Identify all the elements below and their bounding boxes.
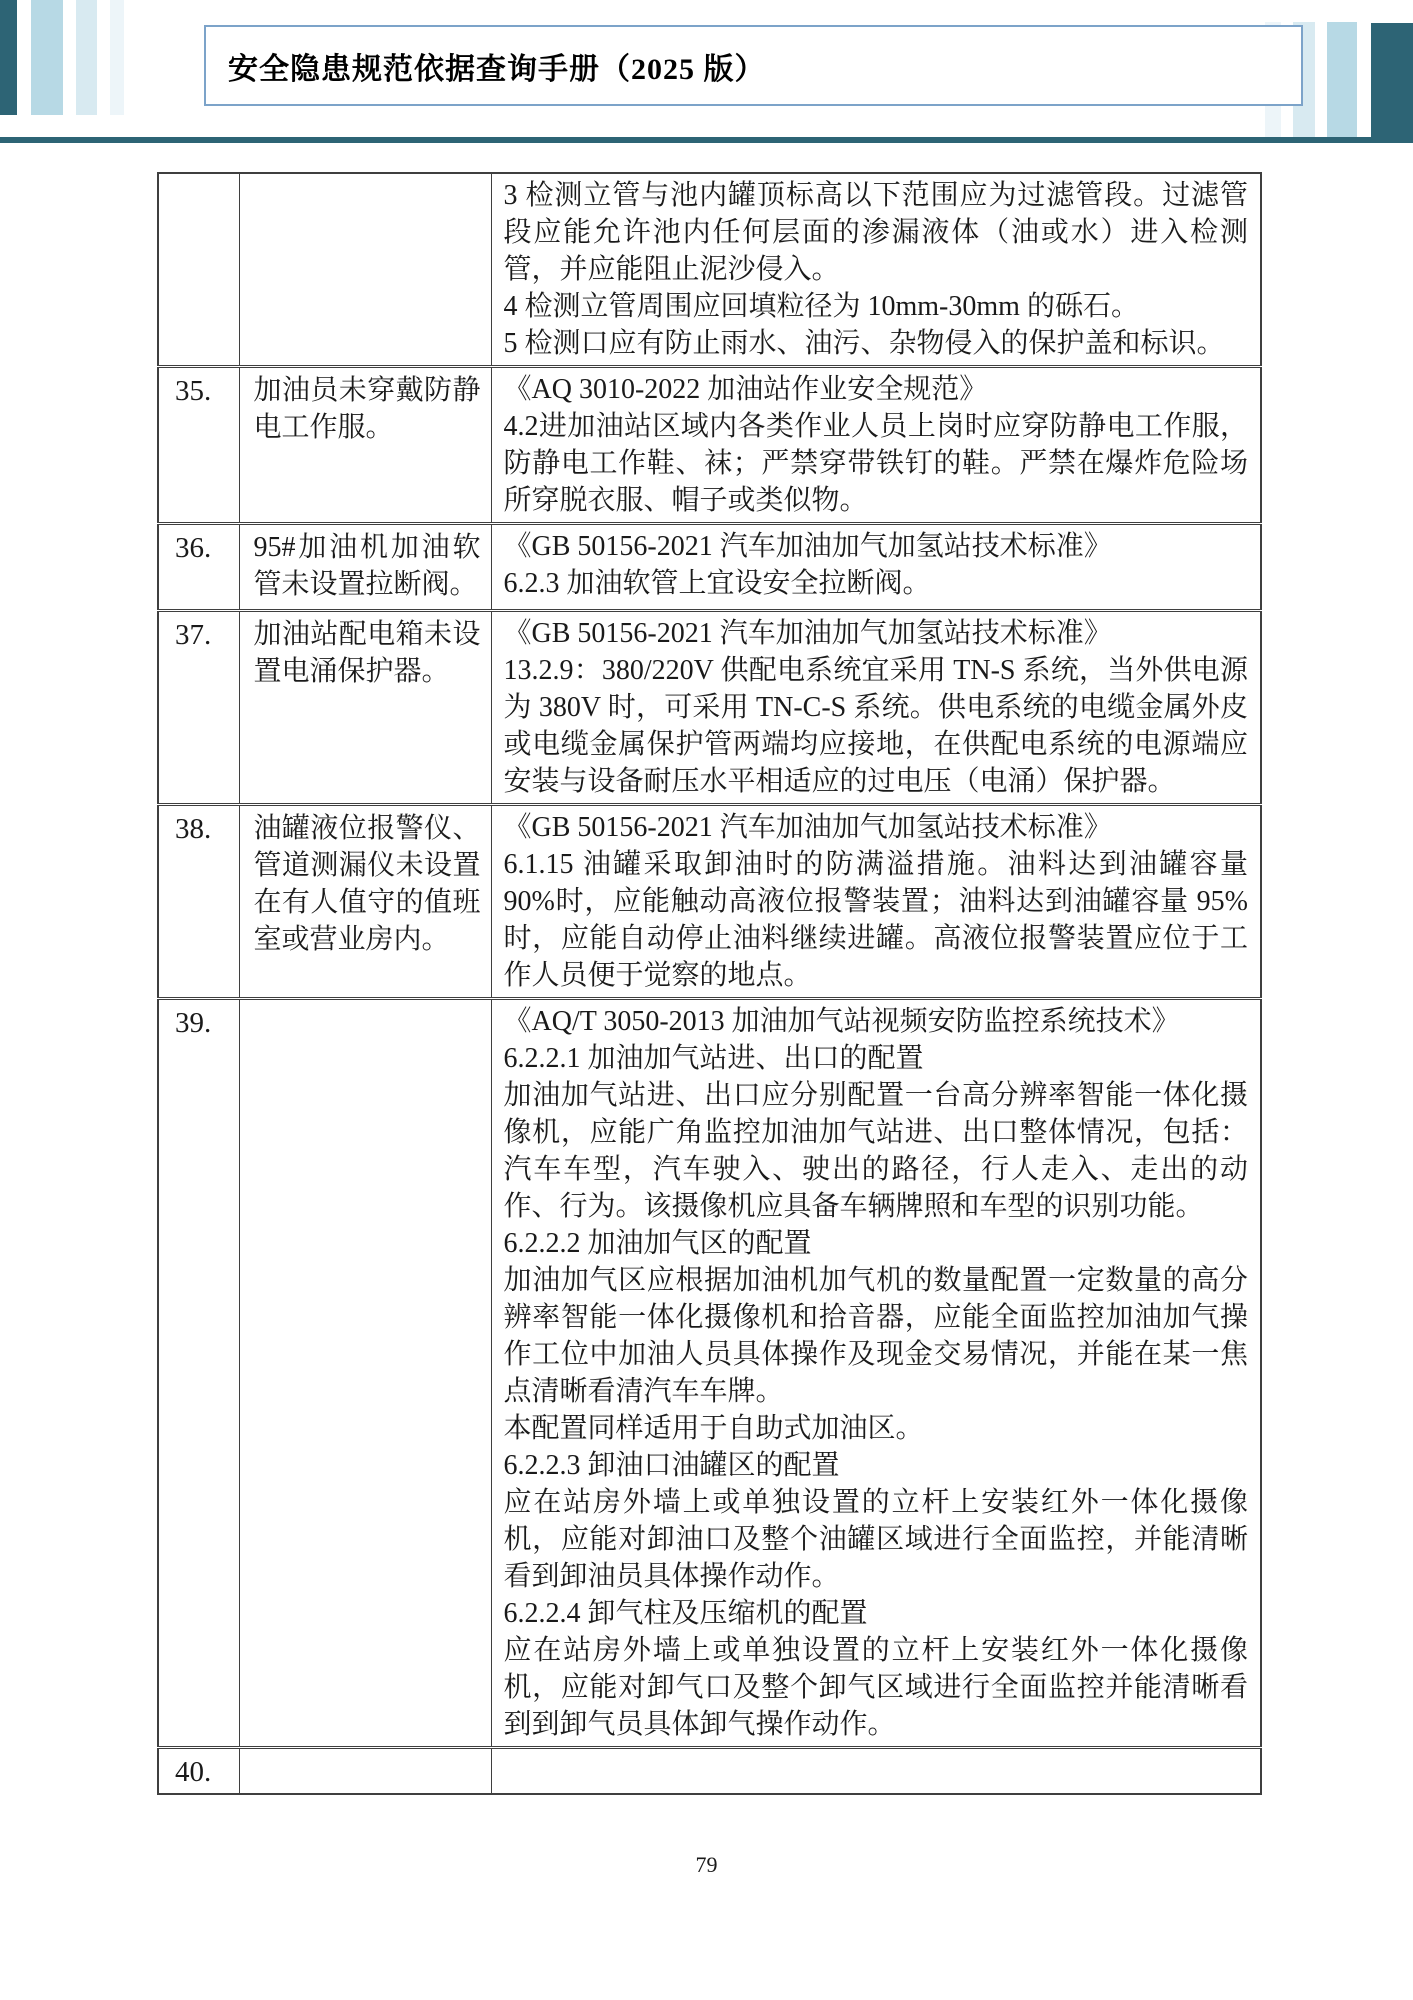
row-number-cell: 39. (158, 999, 239, 1748)
row-number-cell: 38. (158, 805, 239, 999)
clause-text: 5 检测口应有防止雨水、油污、杂物侵入的保护盖和标识。 (504, 325, 1249, 362)
clause-text: 本配置同样适用于自助式加油区。 (504, 1410, 1249, 1447)
row-number-cell (158, 173, 239, 367)
clause-text: 6.2.2.3 卸油口油罐区的配置 (504, 1447, 1249, 1484)
regulation-basis-cell: 《GB 50156-2021 汽车加油加气加氢站技术标准》13.2.9：380/… (491, 611, 1261, 805)
hazard-description-cell: 油罐液位报警仪、管道测漏仪未设置在有人值守的值班室或营业房内。 (239, 805, 491, 999)
clause-text: 3 检测立管与池内罐顶标高以下范围应为过滤管段。过滤管段应能允许池内任何层面的渗… (504, 177, 1249, 288)
table-row: 40. (158, 1748, 1261, 1795)
hazard-description-cell (239, 173, 491, 367)
clause-text: 6.2.3 加油软管上宜设安全拉断阀。 (504, 565, 1249, 602)
table-row: 36.95#加油机加油软管未设置拉断阀。《GB 50156-2021 汽车加油加… (158, 524, 1261, 611)
decor-bar-left-lighter (76, 0, 97, 115)
page-number: 79 (0, 1852, 1413, 1878)
hazard-description-cell (239, 999, 491, 1748)
row-number-cell: 37. (158, 611, 239, 805)
clause-text: 6.2.2.4 卸气柱及压缩机的配置 (504, 1595, 1249, 1632)
decor-bar-right-light (1327, 22, 1357, 137)
header-divider-band (0, 137, 1413, 143)
clause-text: 6.1.15 油罐采取卸油时的防满溢措施。油料达到油罐容量 90%时，应能触动高… (504, 846, 1249, 994)
standard-title-text: 《GB 50156-2021 汽车加油加气加氢站技术标准》 (504, 809, 1249, 846)
decor-bar-left-dark (0, 0, 17, 115)
regulation-basis-cell: 《GB 50156-2021 汽车加油加气加氢站技术标准》6.2.3 加油软管上… (491, 524, 1261, 611)
hazard-description-cell (239, 1748, 491, 1795)
standard-title-text: 《GB 50156-2021 汽车加油加气加氢站技术标准》 (504, 615, 1249, 652)
standard-title-text: 《AQ 3010-2022 加油站作业安全规范》 (504, 371, 1249, 408)
hazard-description-cell: 95#加油机加油软管未设置拉断阀。 (239, 524, 491, 611)
decor-bar-left-lightest (110, 0, 124, 115)
page-root: { "header": { "title": "安全隐患规范依据查询手册（202… (0, 0, 1413, 2000)
hazard-table-body: 3 检测立管与池内罐顶标高以下范围应为过滤管段。过滤管段应能允许池内任何层面的渗… (158, 173, 1261, 1794)
clause-text: 13.2.9：380/220V 供配电系统宜采用 TN-S 系统，当外供电源为 … (504, 652, 1249, 800)
standard-title-text: 《GB 50156-2021 汽车加油加气加氢站技术标准》 (504, 528, 1249, 565)
row-number-cell: 36. (158, 524, 239, 611)
clause-text: 加油加气站进、出口应分别配置一台高分辨率智能一体化摄像机，应能广角监控加油加气站… (504, 1077, 1249, 1225)
table-row: 39.《AQ/T 3050-2013 加油加气站视频安防监控系统技术》6.2.2… (158, 999, 1261, 1748)
standard-title-text: 《AQ/T 3050-2013 加油加气站视频安防监控系统技术》 (504, 1003, 1249, 1040)
hazard-table: 3 检测立管与池内罐顶标高以下范围应为过滤管段。过滤管段应能允许池内任何层面的渗… (157, 172, 1262, 1795)
clause-text: 4.2进加油站区域内各类作业人员上岗时应穿防静电工作服，防静电工作鞋、袜；严禁穿… (504, 408, 1249, 519)
clause-text: 6.2.2.2 加油加气区的配置 (504, 1225, 1249, 1262)
decor-bar-right-dark (1371, 23, 1413, 143)
clause-text: 应在站房外墙上或单独设置的立杆上安装红外一体化摄像机，应能对卸油口及整个油罐区域… (504, 1484, 1249, 1595)
regulation-basis-cell (491, 1748, 1261, 1795)
decor-bar-left-light (31, 0, 63, 115)
clause-text: 应在站房外墙上或单独设置的立杆上安装红外一体化摄像机，应能对卸气口及整个卸气区域… (504, 1632, 1249, 1743)
regulation-basis-cell: 《GB 50156-2021 汽车加油加气加氢站技术标准》6.1.15 油罐采取… (491, 805, 1261, 999)
table-row: 38.油罐液位报警仪、管道测漏仪未设置在有人值守的值班室或营业房内。《GB 50… (158, 805, 1261, 999)
regulation-basis-cell: 《AQ 3010-2022 加油站作业安全规范》4.2进加油站区域内各类作业人员… (491, 367, 1261, 524)
clause-text: 4 检测立管周围应回填粒径为 10mm-30mm 的砾石。 (504, 288, 1249, 325)
regulation-basis-cell: 3 检测立管与池内罐顶标高以下范围应为过滤管段。过滤管段应能允许池内任何层面的渗… (491, 173, 1261, 367)
row-number-cell: 35. (158, 367, 239, 524)
regulation-basis-cell: 《AQ/T 3050-2013 加油加气站视频安防监控系统技术》6.2.2.1 … (491, 999, 1261, 1748)
table-row: 3 检测立管与池内罐顶标高以下范围应为过滤管段。过滤管段应能允许池内任何层面的渗… (158, 173, 1261, 367)
hazard-description-cell: 加油员未穿戴防静电工作服。 (239, 367, 491, 524)
page-title: 安全隐患规范依据查询手册（2025 版） (228, 44, 766, 88)
clause-text: 6.2.2.1 加油加气站进、出口的配置 (504, 1040, 1249, 1077)
title-box: 安全隐患规范依据查询手册（2025 版） (204, 25, 1303, 106)
hazard-description-cell: 加油站配电箱未设置电涌保护器。 (239, 611, 491, 805)
clause-text: 加油加气区应根据加油机加气机的数量配置一定数量的高分辨率智能一体化摄像机和拾音器… (504, 1262, 1249, 1410)
table-row: 35.加油员未穿戴防静电工作服。《AQ 3010-2022 加油站作业安全规范》… (158, 367, 1261, 524)
row-number-cell: 40. (158, 1748, 239, 1795)
table-row: 37.加油站配电箱未设置电涌保护器。《GB 50156-2021 汽车加油加气加… (158, 611, 1261, 805)
